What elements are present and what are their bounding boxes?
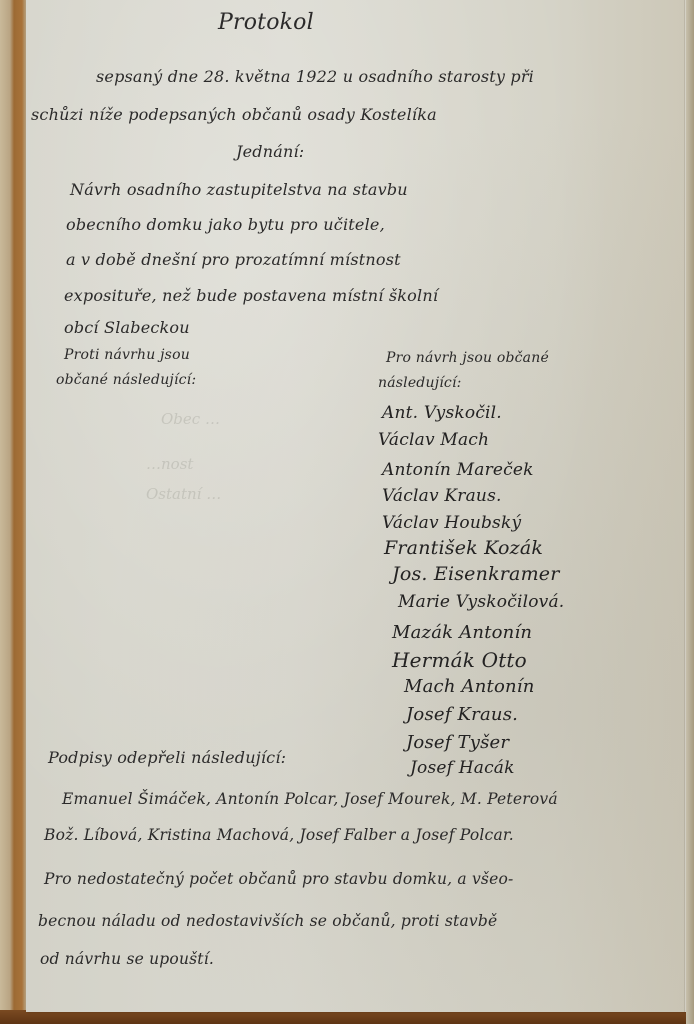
for-heading: následující: [378, 375, 462, 391]
document-page: Obec … …nost Ostatní … Protokol sepsaný … [26, 0, 686, 1012]
proposal-line: a v době dnešní pro prozatímní místnost [66, 250, 401, 269]
signature: Mazák Antonín [392, 622, 532, 643]
against-heading: občané následující: [56, 372, 196, 388]
signature: Josef Kraus. [406, 704, 518, 725]
signature: Václav Houbský [382, 513, 521, 533]
against-heading: Proti návrhu jsou [64, 347, 190, 363]
bleed-through-text: …nost [146, 455, 193, 473]
proposal-line: obecního domku jako bytu pro učitele, [66, 215, 385, 234]
conclusion-line: od návrhu se upouští. [40, 950, 214, 968]
signature: Václav Kraus. [382, 486, 502, 506]
signature: Mach Antonín [404, 676, 535, 697]
table-edge-bottom [0, 1010, 694, 1024]
proposal-line: obcí Slabeckou [64, 318, 190, 337]
signature: Josef Tyšer [406, 732, 509, 753]
intro-line: schůzi níže podepsaných občanů osady Kos… [31, 105, 437, 124]
proposal-line: exposituře, než bude postavena místní šk… [64, 286, 438, 305]
paper-right-edge [686, 0, 694, 1024]
bleed-through-text: Obec … [161, 410, 220, 428]
signature: Antonín Mareček [382, 460, 534, 480]
refused-heading: Podpisy odepřeli následující: [48, 748, 286, 767]
signature: Josef Hacák [410, 758, 515, 778]
signature: Ant. Vyskočil. [382, 403, 502, 423]
proposal-line: Návrh osadního zastupitelstva na stavbu [70, 180, 408, 199]
signature: Hermák Otto [392, 648, 527, 672]
signature: Jos. Eisenkramer [392, 563, 560, 585]
signature: Marie Vyskočilová. [398, 592, 564, 612]
refused-line: Bož. Líbová, Kristina Machová, Josef Fal… [44, 826, 514, 844]
bleed-through-text: Ostatní … [146, 485, 221, 503]
refused-line: Emanuel Šimáček, Antonín Polcar, Josef M… [62, 790, 558, 808]
for-heading: Pro návrh jsou občané [386, 350, 549, 366]
document-title: Protokol [218, 10, 314, 35]
section-heading: Jednání: [236, 142, 304, 161]
signature: Václav Mach [378, 430, 489, 450]
signature: František Kozák [384, 537, 543, 559]
conclusion-line: Pro nedostatečný počet občanů pro stavbu… [44, 870, 513, 888]
conclusion-line: becnou náladu od nedostavivších se občan… [38, 912, 497, 930]
intro-line: sepsaný dne 28. května 1922 u osadního s… [96, 67, 534, 86]
